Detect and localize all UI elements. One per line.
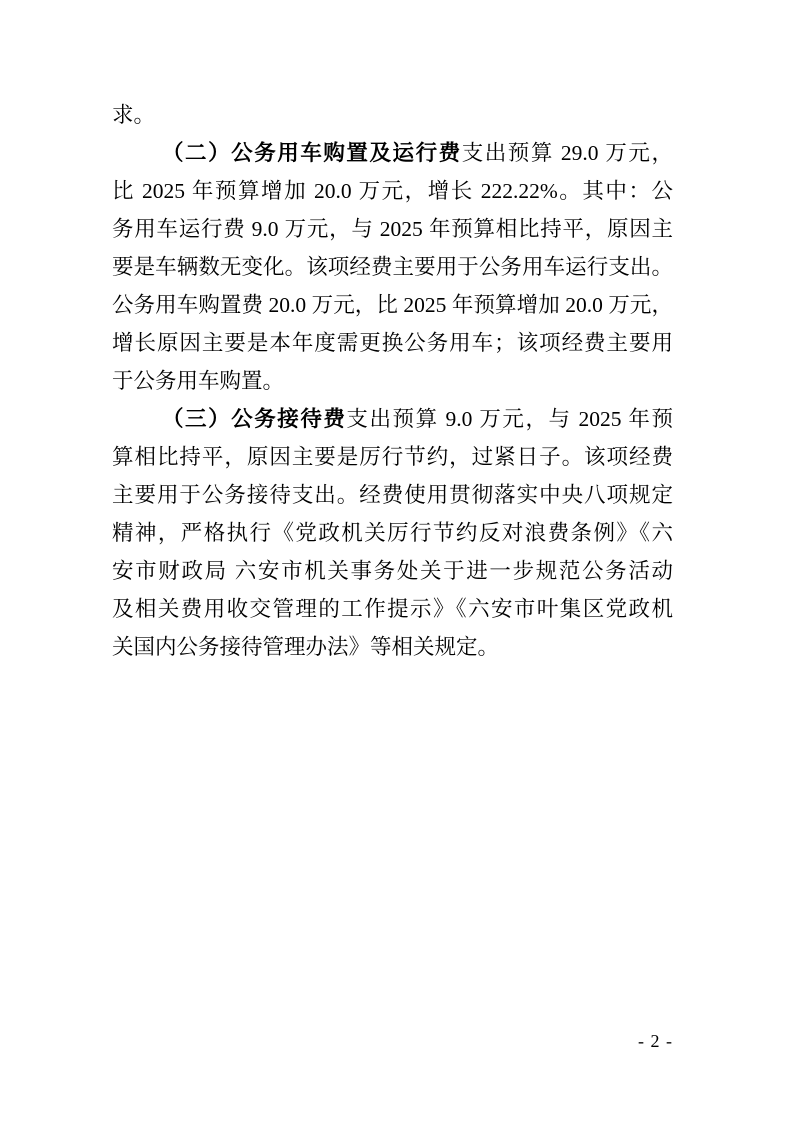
paragraph-line: 增长原因主要是本年度需更换公务用车；该项经费主要用 — [112, 324, 673, 362]
paragraph-line: 求。 — [112, 96, 673, 134]
paragraph-line: 主要用于公务接待支出。经费使用贯彻落实中央八项规定 — [112, 476, 673, 514]
document-body: 求。 （二）公务用车购置及运行费支出预算 29.0 万元， 比 2025 年预算… — [112, 96, 673, 666]
line-text: 公务用车购置费 20.0 万元，比 2025 年预算增加 20.0 万元， — [112, 293, 673, 317]
section-heading-3: （三）公务接待费 — [162, 407, 346, 431]
line-text: 主要用于公务接待支出。经费使用贯彻落实中央八项规定 — [112, 483, 673, 507]
paragraph-line: 要是车辆数无变化。该项经费主要用于公务用车运行支出。 — [112, 248, 673, 286]
line-text: 关国内公务接待管理办法》等相关规定。 — [112, 635, 499, 659]
line-text: 安市财政局 六安市机关事务处关于进一步规范公务活动 — [112, 559, 673, 583]
line-text: 于公务用车购置。 — [112, 369, 284, 393]
document-page: 求。 （二）公务用车购置及运行费支出预算 29.0 万元， 比 2025 年预算… — [0, 0, 793, 1122]
paragraph-line: 算相比持平，原因主要是厉行节约，过紧日子。该项经费 — [112, 438, 673, 476]
section-heading-2: （二）公务用车购置及运行费 — [162, 141, 462, 165]
line-text: 精神，严格执行《党政机关厉行节约反对浪费条例》《六 — [112, 521, 673, 545]
line-text: 务用车运行费 9.0 万元，与 2025 年预算相比持平，原因主 — [112, 217, 673, 241]
line-text: 增长原因主要是本年度需更换公务用车；该项经费主要用 — [112, 331, 673, 355]
line-text: 支出预算 29.0 万元， — [462, 141, 673, 165]
paragraph-line: 安市财政局 六安市机关事务处关于进一步规范公务活动 — [112, 552, 673, 590]
line-text: 要是车辆数无变化。该项经费主要用于公务用车运行支出。 — [112, 255, 673, 279]
paragraph-line: （三）公务接待费支出预算 9.0 万元，与 2025 年预 — [112, 400, 673, 438]
line-text: 支出预算 9.0 万元，与 2025 年预 — [346, 407, 673, 431]
paragraph-line: 公务用车购置费 20.0 万元，比 2025 年预算增加 20.0 万元， — [112, 286, 673, 324]
line-text: 求。 — [112, 103, 155, 127]
line-text: 及相关费用收交管理的工作提示》《六安市叶集区党政机 — [112, 597, 673, 621]
paragraph-line: 及相关费用收交管理的工作提示》《六安市叶集区党政机 — [112, 590, 673, 628]
paragraph-line: 关国内公务接待管理办法》等相关规定。 — [112, 628, 673, 666]
line-text: 比 2025 年预算增加 20.0 万元，增长 222.22%。其中：公 — [112, 179, 673, 203]
paragraph-line: （二）公务用车购置及运行费支出预算 29.0 万元， — [112, 134, 673, 172]
page-number: - 2 - — [638, 1030, 673, 1052]
line-text: 算相比持平，原因主要是厉行节约，过紧日子。该项经费 — [112, 445, 673, 469]
paragraph-line: 务用车运行费 9.0 万元，与 2025 年预算相比持平，原因主 — [112, 210, 673, 248]
paragraph-line: 比 2025 年预算增加 20.0 万元，增长 222.22%。其中：公 — [112, 172, 673, 210]
paragraph-line: 于公务用车购置。 — [112, 362, 673, 400]
paragraph-line: 精神，严格执行《党政机关厉行节约反对浪费条例》《六 — [112, 514, 673, 552]
